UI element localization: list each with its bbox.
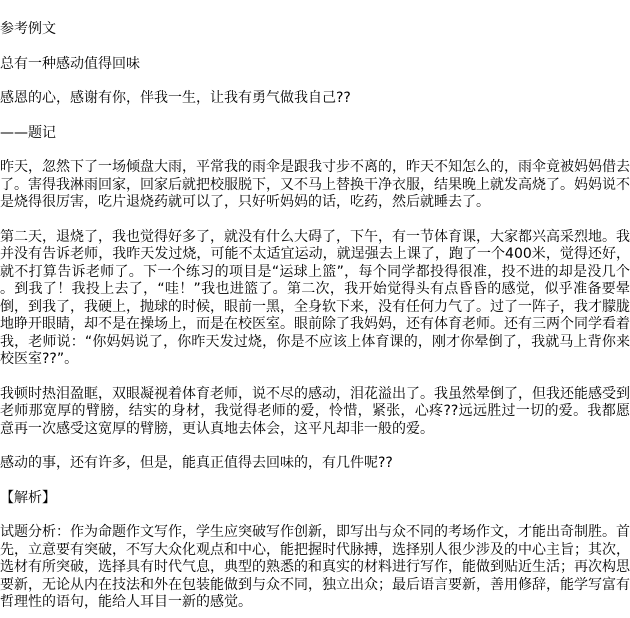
essay-paragraph: 昨天，忽然下了一场倾盘大雨，平常我的雨伞是跟我寸步不离的，昨天不知怎么的，雨伞竟… bbox=[0, 159, 630, 212]
analysis-header: 【解析】 bbox=[0, 490, 630, 508]
essay-title: 总有一种感动值得回味 bbox=[0, 56, 630, 74]
epigraph-text: 感恩的心，感谢有你，伴我一生，让我有勇气做我自己?? bbox=[0, 90, 630, 108]
document-page: 参考例文 总有一种感动值得回味 感恩的心，感谢有你，伴我一生，让我有勇气做我自己… bbox=[0, 0, 630, 612]
analysis-paragraph: 试题分析：作为命题作文写作，学生应突破写作创新，即写出与众不同的考场作文，才能出… bbox=[0, 524, 630, 612]
epigraph-attribution: ——题记 bbox=[0, 125, 630, 143]
essay-paragraph: 我顿时热泪盈眶，双眼凝视着体育老师，说不尽的感动，泪花溢出了。我虽然晕倒了，但我… bbox=[0, 386, 630, 439]
essay-paragraph: 第二天，退烧了，我也觉得好多了，就没有什么大碍了，下午，有一节体育课，大家都兴高… bbox=[0, 229, 630, 369]
essay-paragraph: 感动的事，还有许多，但是，能真正值得去回味的，有几件呢?? bbox=[0, 455, 630, 473]
section-label: 参考例文 bbox=[0, 21, 630, 39]
